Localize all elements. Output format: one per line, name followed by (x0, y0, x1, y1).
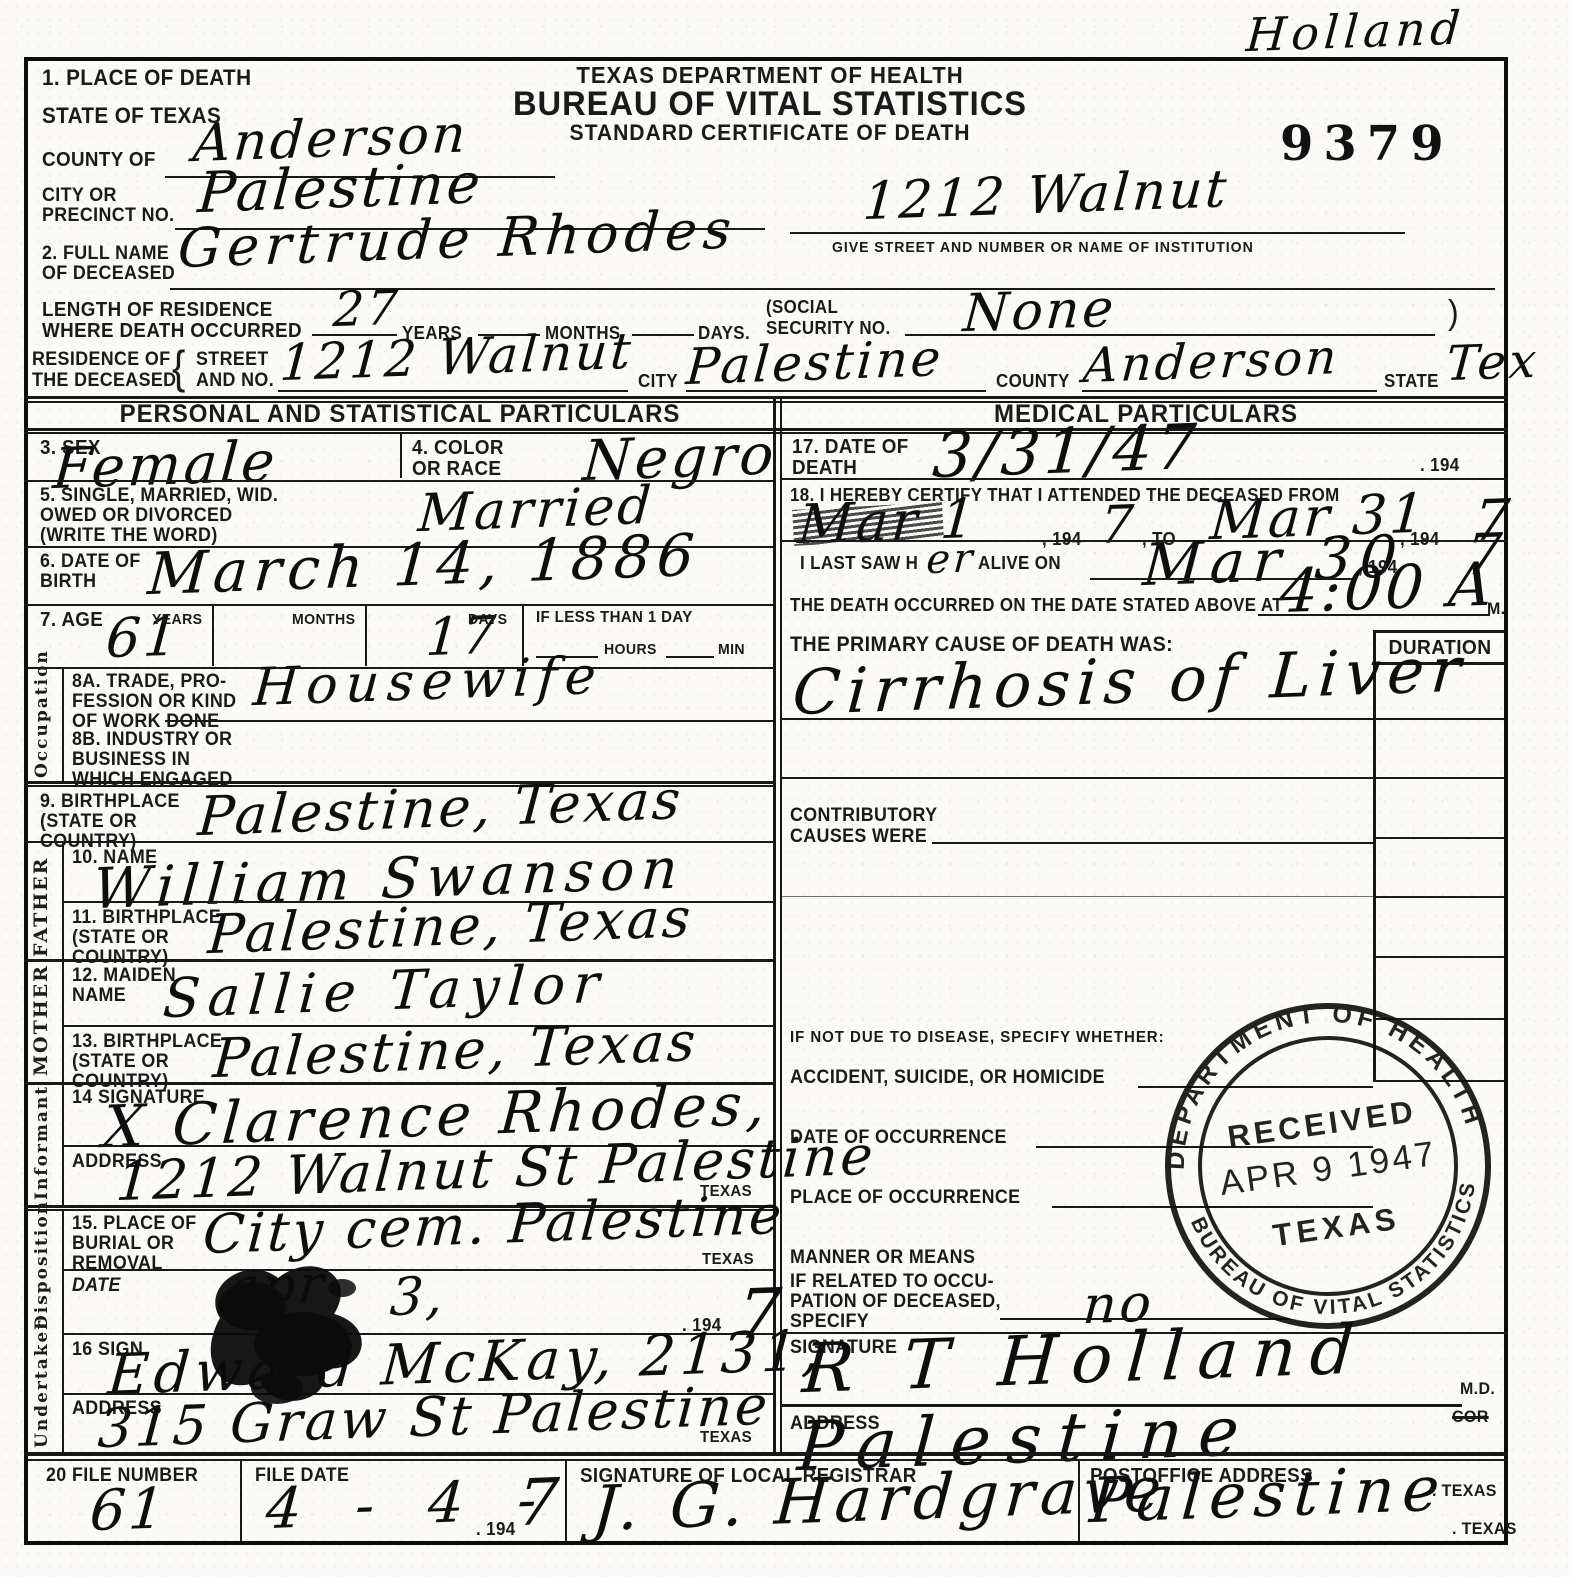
birthplace-label-2: (STATE OR (40, 812, 137, 832)
rule-trade-bottom (165, 720, 773, 722)
residence-city-underline (686, 390, 986, 392)
personal-section-title: PERSONAL AND STATISTICAL PARTICULARS (120, 401, 681, 427)
precinct-no-label: PRECINCT NO. (42, 206, 175, 226)
length-residence-label-2: WHERE DEATH OCCURRED (42, 321, 302, 342)
age-divider-1 (212, 604, 214, 666)
industry-label-2: BUSINESS IN (72, 750, 190, 770)
last-saw-her-handwriting: er (925, 538, 977, 580)
file-number-handwriting: 61 (88, 1481, 169, 1540)
age-label: 7. AGE (40, 610, 103, 631)
marital-label-2: OWED OR DIVORCED (40, 506, 233, 526)
rule-contrib-2 (782, 896, 1373, 897)
top-right-annotation-handwriting: Holland (1245, 4, 1467, 58)
burial-label-1: 15. PLACE OF (72, 1214, 197, 1234)
sex-race-divider (400, 432, 402, 478)
date-of-death-year-printed: . 194 (1420, 456, 1460, 475)
received-stamp: DEPARTMENT OF HEALTH BUREAU OF VITAL STA… (1102, 940, 1554, 1392)
certificate-number: 9379 (1280, 116, 1454, 172)
manner-or-means-label: MANNER OR MEANS (790, 1248, 975, 1268)
trade-label-2: FESSION OR KIND (72, 692, 236, 712)
industry-label-1: 8B. INDUSTRY OR (72, 730, 232, 750)
residence-of-label-2: THE DECEASED (32, 371, 176, 391)
duration-rule-2 (1373, 777, 1504, 779)
date-of-death-handwriting: 3/31/47 (931, 416, 1202, 488)
mother-strip-divider (62, 961, 64, 1082)
street-and-no-label-2: AND NO. (196, 371, 274, 391)
contributory-label-1: CONTRIBUTORY (790, 806, 937, 826)
related-occupation-label-1: IF RELATED TO OCCU- (790, 1272, 994, 1292)
trade-label-1: 8A. TRADE, PRO- (72, 672, 226, 692)
informant-side-label: Informant (32, 1092, 52, 1200)
death-time-handwriting: 4:00 A (1278, 554, 1497, 622)
residence-city-label: CITY (638, 372, 678, 391)
street-and-no-label-1: STREET (196, 350, 269, 370)
father-bp-handwriting: Palestine, Texas (206, 891, 695, 962)
death-time-underline (1258, 614, 1490, 616)
date-of-death-label-1: 17. DATE OF (792, 437, 909, 458)
duration-rule-4 (1373, 896, 1504, 898)
residence-city-handwriting: Palestine (684, 333, 945, 392)
certificate-title: STANDARD CERTIFICATE OF DEATH (570, 121, 971, 144)
social-value-handwriting: None (961, 283, 1118, 341)
contributory-underline (932, 842, 1373, 844)
death-time-m-label: M. (1487, 600, 1506, 618)
father-bp-label-1: 11. BIRTHPLACE (72, 908, 221, 928)
residence-state-label: STATE (1384, 372, 1439, 391)
rule-cause-underline (782, 718, 1373, 720)
age-days-label: DAYS (468, 612, 507, 628)
duration-box-top (1373, 630, 1504, 633)
accident-label: ACCIDENT, SUICIDE, OR HOMICIDE (790, 1068, 1105, 1088)
street-underline (790, 232, 1405, 234)
place-of-occurrence-label: PLACE OF OCCURRENCE (790, 1188, 1020, 1208)
race-label-1: 4. COLOR (412, 438, 504, 459)
rule-bottom-row-top-a (24, 1452, 1508, 1456)
rule-sex-bottom (24, 480, 773, 482)
death-certificate-scan: Holland 1. PLACE OF DEATH STATE OF TEXAS… (0, 0, 1572, 1577)
maiden-label-2: NAME (72, 986, 126, 1006)
age-less-than-1day-label: IF LESS THAN 1 DAY (536, 610, 693, 627)
city-or-label: CITY OR (42, 186, 117, 206)
date-of-occurrence-label: DATE OF OCCURRENCE (790, 1128, 1007, 1148)
residence-county-underline (1082, 390, 1377, 392)
county-of-label: COUNTY OF (42, 150, 156, 171)
father-side-label: FATHER (30, 845, 52, 957)
full-name-label-1: 2. FULL NAME (42, 244, 169, 264)
bottom-divider-1 (240, 1461, 242, 1541)
dob-label-2: BIRTH (40, 572, 96, 592)
file-date-year-printed: . 194 (476, 1520, 516, 1539)
contributory-label-2: CAUSES WERE (790, 827, 927, 847)
street-value-handwriting: 1212 Walnut (861, 163, 1231, 228)
disposition-side-label: Disposition (32, 1212, 52, 1330)
bureau-title: BUREAU OF VITAL STATISTICS (513, 87, 1027, 123)
residence-street-handwriting: 1212 Walnut (278, 326, 635, 388)
social-label-1: (SOCIAL (766, 298, 838, 317)
residence-brace: { (172, 343, 185, 395)
dob-handwriting: March 14, 1886 (146, 526, 702, 603)
rule-dod-bottom (782, 478, 1508, 480)
postoffice-texas-label: . TEXAS (1452, 1520, 1517, 1538)
occupation-strip-divider (62, 667, 64, 781)
length-residence-label-1: LENGTH OF RESIDENCE (42, 300, 273, 321)
age-hours-label: HOURS (604, 642, 657, 658)
duration-rule-1 (1373, 718, 1504, 720)
death-occurred-label: THE DEATH OCCURRED ON THE DATE STATED AB… (790, 596, 1283, 615)
rule-cause-2 (782, 777, 1373, 779)
ink-blot (182, 1248, 412, 1413)
full-name-label-2: OF DECEASED (42, 264, 175, 284)
occupation-side-label: Occupation (32, 668, 52, 778)
burial-label-3: REMOVAL (72, 1254, 163, 1274)
days-underline (632, 334, 694, 336)
street-caption-label: GIVE STREET AND NUMBER OR NAME OF INSTIT… (832, 240, 1254, 256)
race-label-2: OR RACE (412, 459, 501, 480)
last-saw-label-2: ALIVE ON (978, 554, 1061, 573)
length-years-handwriting: 27 (332, 284, 402, 334)
undertaker-addr-texas-label: TEXAS (700, 1430, 752, 1447)
burial-label-2: BURIAL OR (72, 1234, 174, 1254)
marital-label-1: 5. SINGLE, MARRIED, WID. (40, 486, 278, 506)
age-min-underline (666, 656, 714, 658)
age-min-label: MIN (718, 642, 745, 658)
birthplace-handwriting: Palestine, Texas (196, 773, 685, 844)
residence-county-handwriting: Anderson (1082, 333, 1341, 390)
file-date-year-handwriting: 7 (516, 1470, 564, 1536)
mother-bp-label-1: 13. BIRTHPLACE (72, 1032, 222, 1052)
burial-date-label: DATE (72, 1276, 121, 1296)
mother-side-label: MOTHER (30, 968, 52, 1076)
disposition-strip-divider (62, 1209, 64, 1333)
duration-rule-3 (1373, 837, 1504, 839)
residence-state-handwriting: Tex (1445, 337, 1541, 388)
rule-residence-bottom-a (24, 396, 1508, 399)
residence-county-label: COUNTY (996, 372, 1070, 391)
maiden-label-1: 12. MAIDEN (72, 966, 176, 986)
bottom-divider-2 (565, 1461, 567, 1541)
age-years-label: YEARS (152, 612, 202, 628)
mother-bp-label-2: (STATE OR (72, 1052, 169, 1072)
birthplace-label-1: 9. BIRTHPLACE (40, 792, 180, 812)
postoffice-handwriting: Palestine (1088, 1458, 1450, 1533)
residence-of-label-1: RESIDENCE OF (32, 350, 170, 370)
related-occupation-label-2: PATION OF DECEASED, (790, 1292, 1001, 1312)
physician-md-label: M.D. (1460, 1380, 1495, 1398)
trade-handwriting: Housewife (251, 650, 605, 714)
age-months-label: MONTHS (292, 612, 355, 628)
last-saw-label-1: I LAST SAW H (800, 554, 918, 573)
stamp-texas-text: TEXAS (1271, 1201, 1403, 1254)
undertaker-side-label: Undertaker (32, 1338, 52, 1448)
dob-label-1: 6. DATE OF (40, 552, 141, 572)
dept-title: TEXAS DEPARTMENT OF HEALTH (576, 63, 963, 87)
registrar-sig-handwriting: J. G. Hardgrave (591, 1458, 1170, 1540)
attended-from-year-handwriting: 7 (1098, 499, 1138, 552)
place-of-death-label: 1. PLACE OF DEATH (42, 66, 251, 89)
residence-street-underline (278, 390, 628, 392)
social-close-paren: ) (1448, 296, 1459, 332)
father-bp-label-2: (STATE OR (72, 928, 169, 948)
date-of-death-label-2: DEATH (792, 458, 857, 479)
burial-texas-label: TEXAS (702, 1252, 754, 1269)
physician-cor-label: COR (1452, 1408, 1489, 1426)
